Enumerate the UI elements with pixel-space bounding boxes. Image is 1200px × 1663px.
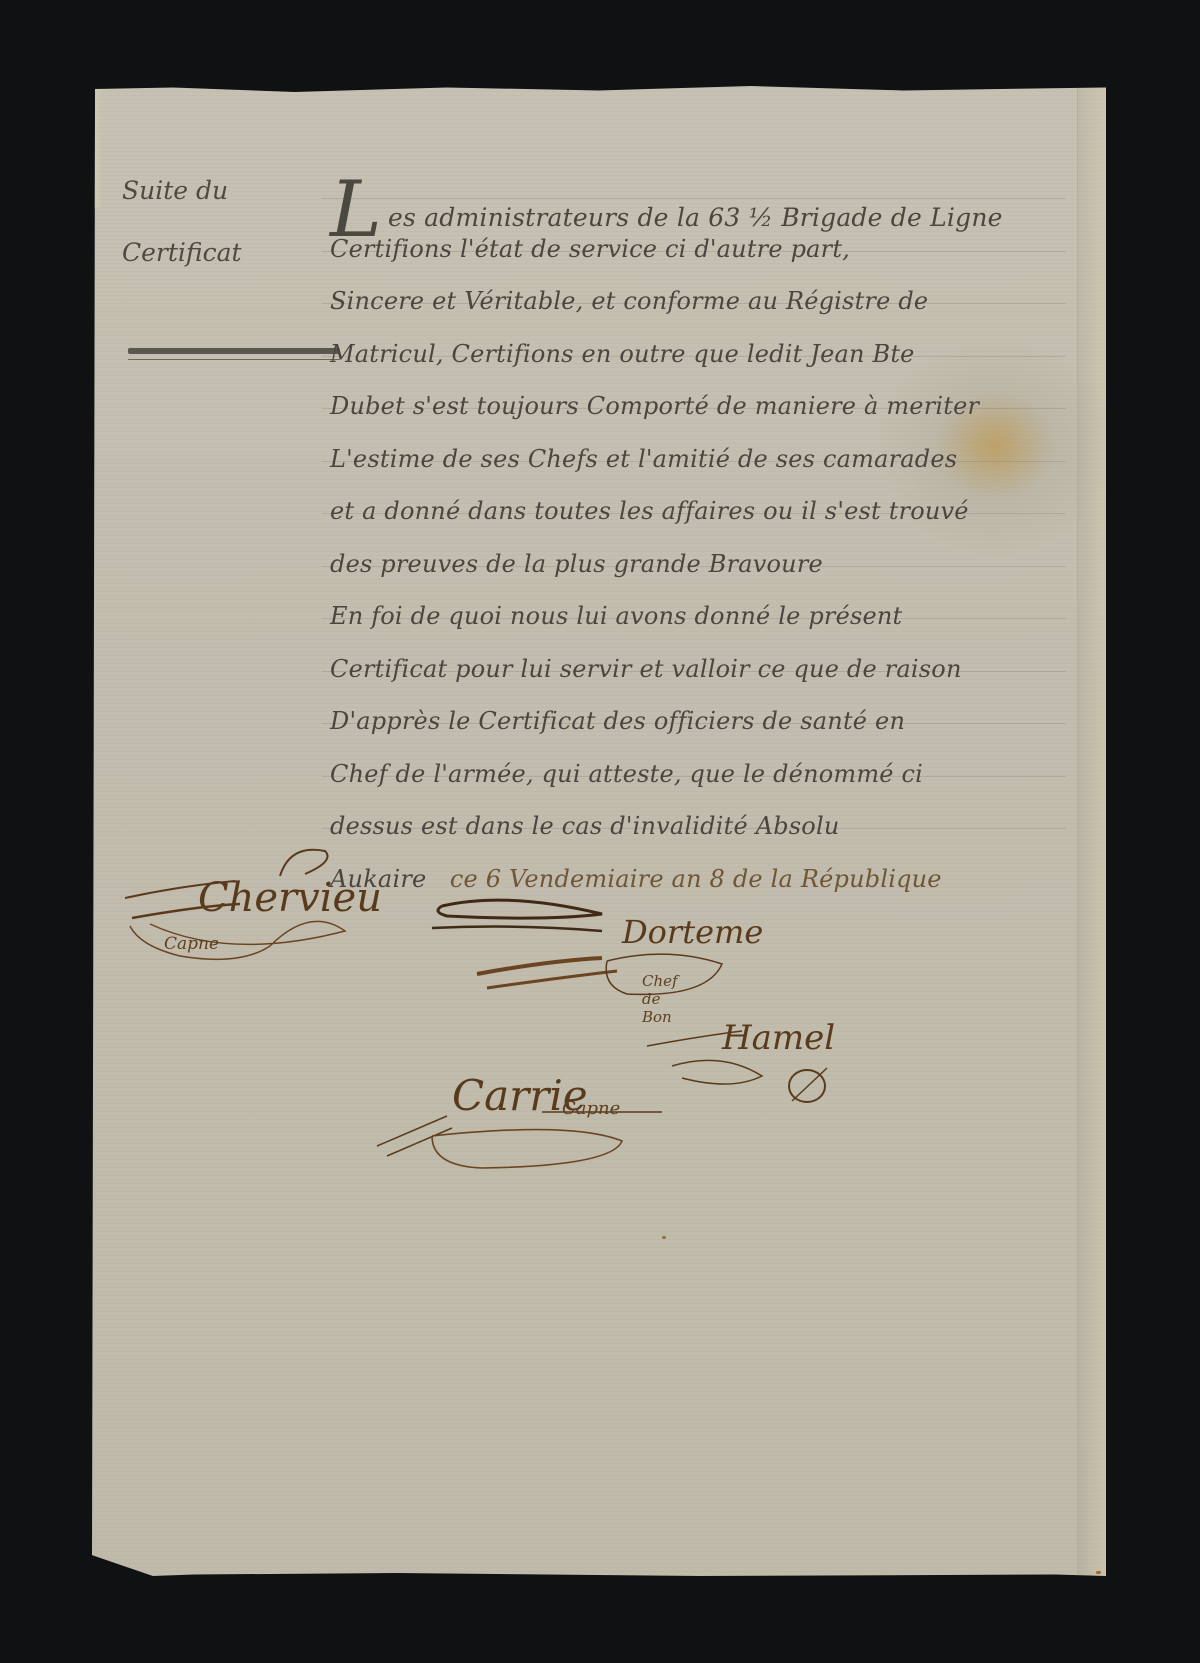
body-line-9: En foi de quoi nous lui avons donné le p… [330, 590, 1090, 643]
signature-title: Capne [164, 934, 219, 954]
margin-note: Suite du Certificat [122, 160, 312, 284]
body-line-1: Les administrateurs de la 63 ½ Brigade d… [330, 170, 1090, 223]
closing-line: Aukaire ce 6 Vendemiaire an 8 de la Répu… [330, 853, 1090, 906]
body-line-4: Matricul, Certifions en outre que ledit … [330, 328, 1090, 381]
dropcap: L [330, 180, 382, 240]
body-line-6: L'estime de ses Chefs et l'amitié de ses… [330, 433, 1090, 486]
body-line-7: et a donné dans toutes les affaires ou i… [330, 485, 1090, 538]
margin-note-line1: Suite du [122, 160, 312, 222]
ink-speck [1096, 1571, 1101, 1574]
body-line-11: D'apprès le Certificat des officiers de … [330, 695, 1090, 748]
signature-name: Hamel [722, 1016, 835, 1060]
document-page: Suite du Certificat Les administrateurs … [92, 86, 1106, 1576]
signature-name: Dorteme [622, 910, 763, 954]
body-line-8: des preuves de la plus grande Bravoure [330, 538, 1090, 591]
closing-date: ce 6 Vendemiaire an 8 de la République [450, 865, 942, 893]
signature-title: Chef de Bon [642, 972, 678, 1026]
margin-underline-thick [128, 348, 340, 354]
margin-note-line2: Certificat [122, 222, 312, 284]
body-line-12: Chef de l'armée, qui atteste, que le dén… [330, 748, 1090, 801]
signature-title: Capne [562, 1098, 620, 1119]
margin-underline-thin [128, 359, 340, 360]
certificate-body: Les administrateurs de la 63 ½ Brigade d… [330, 170, 1090, 905]
body-line-13: dessus est dans le cas d'invalidité Abso… [330, 800, 1090, 853]
body-line-3: Sincere et Véritable, et conforme au Rég… [330, 275, 1090, 328]
body-line-5: Dubet s'est toujours Comporté de maniere… [330, 380, 1090, 433]
body-line-10: Certificat pour lui servir et valloir ce… [330, 643, 1090, 696]
signature-name: Chervieu [198, 876, 382, 920]
paper-fold-left [94, 88, 102, 208]
ink-speck [662, 1236, 666, 1239]
